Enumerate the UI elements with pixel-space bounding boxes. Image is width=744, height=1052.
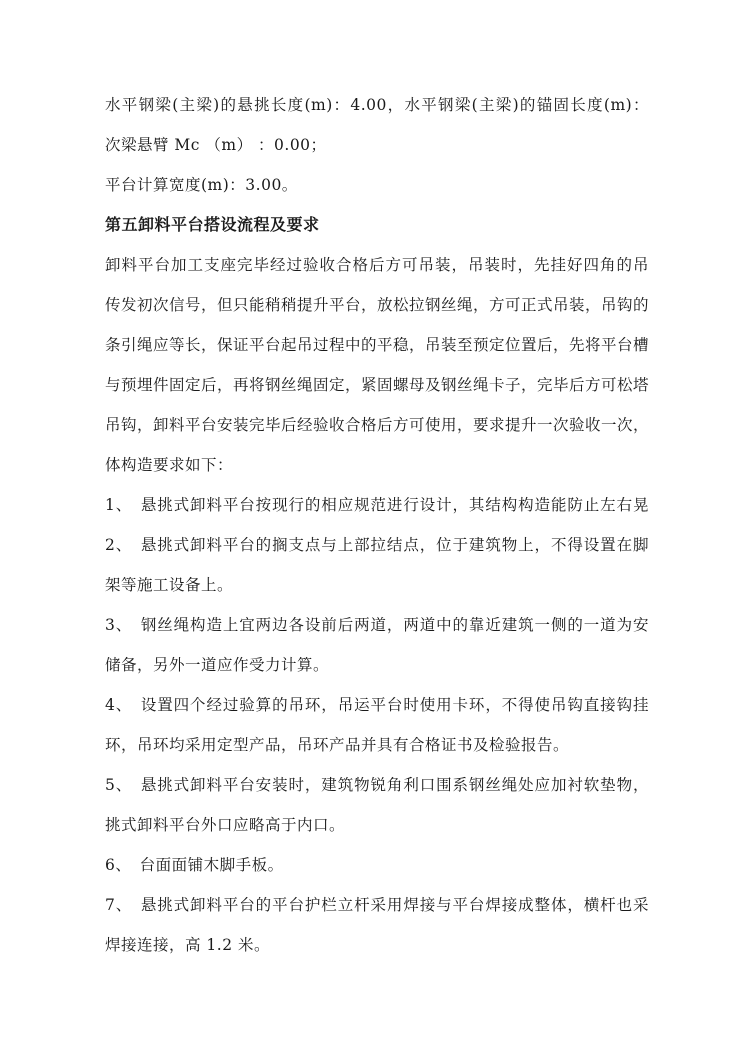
intro-line-6: 体构造要求如下： — [105, 445, 649, 485]
item-7-line-2: 焊接连接，高 1.2 米。 — [105, 925, 649, 965]
item-5-line-1: 5、 悬挑式卸料平台安装时，建筑物锐角利口围系钢丝绳处应加衬软垫物，悬 — [105, 765, 649, 805]
intro-line-1: 卸料平台加工支座完毕经过验收合格后方可吊装，吊装时，先挂好四角的吊钩， — [105, 245, 649, 285]
param-line-cantilever-anchor-length: 水平钢梁(主梁)的悬挑长度(m)：4.00，水平钢梁(主梁)的锚固长度(m)：5… — [105, 85, 649, 125]
param-line-platform-width: 平台计算宽度(m)：3.00。 — [105, 165, 649, 205]
item-5-line-2: 挑式卸料平台外口应略高于内口。 — [105, 805, 649, 845]
intro-line-2: 传发初次信号，但只能稍稍提升平台，放松拉钢丝绳，方可正式吊装，吊钩的四 — [105, 285, 649, 325]
item-4-line-1: 4、 设置四个经过验算的吊环，吊运平台时使用卡环，不得使吊钩直接钩挂吊 — [105, 685, 649, 725]
intro-line-3: 条引绳应等长，保证平台起吊过程中的平稳，吊装至预定位置后，先将平台槽钢 — [105, 325, 649, 365]
item-1-line-1: 1、 悬挑式卸料平台按现行的相应规范进行设计，其结构构造能防止左右晃动。 — [105, 485, 649, 525]
param-line-secondary-beam-cantilever: 次梁悬臂 Mc （m） ：0.00； — [105, 125, 649, 165]
item-2-line-1: 2、 悬挑式卸料平台的搁支点与上部拉结点，位于建筑物上，不得设置在脚手 — [105, 525, 649, 565]
intro-line-4: 与预埋件固定后，再将钢丝绳固定，紧固螺母及钢丝绳卡子，完毕后方可松塔吊 — [105, 365, 649, 405]
item-7-line-1: 7、 悬挑式卸料平台的平台护栏立杆采用焊接与平台焊接成整体，横杆也采用 — [105, 885, 649, 925]
section-heading: 第五卸料平台搭设流程及要求 — [105, 205, 649, 245]
item-3-line-1: 3、 钢丝绳构造上宜两边各设前后两道，两道中的靠近建筑一侧的一道为安全 — [105, 605, 649, 645]
item-6-line-1: 6、 台面面铺木脚手板。 — [105, 845, 649, 885]
item-2-line-2: 架等施工设备上。 — [105, 565, 649, 605]
document-page: 水平钢梁(主梁)的悬挑长度(m)：4.00，水平钢梁(主梁)的锚固长度(m)：5… — [0, 0, 744, 1052]
intro-line-5: 吊钩，卸料平台安装完毕后经验收合格后方可使用，要求提升一次验收一次，具 — [105, 405, 649, 445]
item-3-line-2: 储备，另外一道应作受力计算。 — [105, 645, 649, 685]
item-4-line-2: 环，吊环均采用定型产品，吊环产品并具有合格证书及检验报告。 — [105, 725, 649, 765]
